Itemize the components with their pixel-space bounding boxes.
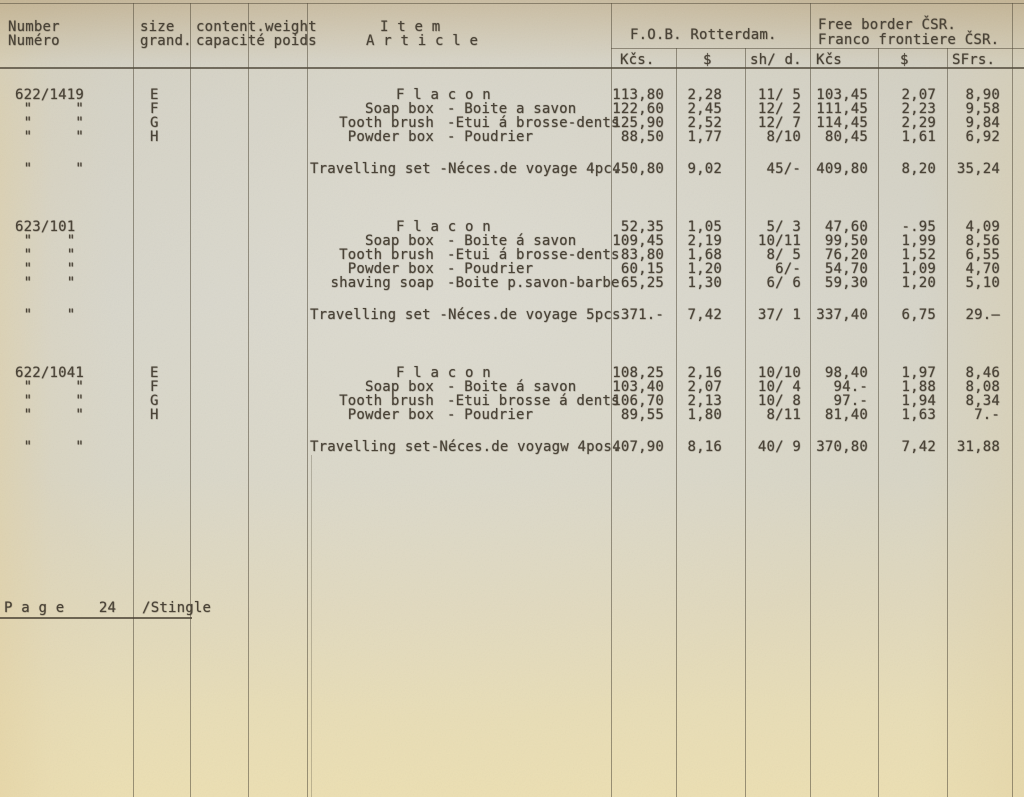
item-name-en: Soap box — [234, 102, 434, 116]
price-value: 9,58 — [800, 102, 1000, 116]
price-value: 8,90 — [800, 88, 1000, 102]
header-number-en: Number — [8, 20, 60, 34]
ditto-marks: " " — [15, 162, 84, 176]
grid-vline — [1012, 3, 1013, 797]
grid-vline — [745, 48, 746, 797]
size-code: H — [150, 130, 159, 144]
price-value: 4,09 — [800, 220, 1000, 234]
subheader-usd-free: $ — [900, 53, 909, 67]
total-price-value: 29.— — [800, 308, 1000, 322]
grid-fob-underline — [611, 48, 1024, 49]
item-name-en: Tooth brush — [234, 116, 434, 130]
price-value: 5,10 — [800, 276, 1000, 290]
header-content-weight-en: content.weight — [196, 20, 317, 34]
price-value: 6,92 — [800, 130, 1000, 144]
subheader-kcs-free: Kčs — [816, 53, 842, 67]
price-value: 6,55 — [800, 248, 1000, 262]
article-number: 622/1419 — [15, 88, 84, 102]
scanned-price-list-page: Number Numéro size grand. content.weight… — [0, 0, 1024, 797]
grid-top-line — [0, 3, 1024, 4]
subheader-shd-fob: sh/ d. — [750, 53, 802, 67]
item-name-en: Tooth brush — [234, 394, 434, 408]
item-name-en: shaving soap — [234, 276, 434, 290]
ditto-marks: " " — [15, 234, 75, 248]
ditto-marks: " " — [15, 102, 84, 116]
item-name-en: Powder box — [234, 130, 434, 144]
header-size-fr: grand. — [140, 34, 192, 48]
ditto-marks: " " — [15, 308, 75, 322]
ditto-marks: " " — [15, 276, 75, 290]
footer-underline — [0, 617, 192, 619]
price-value: 8,46 — [800, 366, 1000, 380]
item-name-en: Tooth brush — [234, 248, 434, 262]
ditto-marks: " " — [15, 440, 84, 454]
size-code: E — [150, 366, 159, 380]
ditto-marks: " " — [15, 130, 84, 144]
ditto-marks: " " — [15, 262, 75, 276]
article-number: 622/1041 — [15, 366, 84, 380]
grid-vline — [311, 455, 312, 797]
price-value: 9,84 — [800, 116, 1000, 130]
item-name-en: Powder box — [234, 408, 434, 422]
price-value: 8,34 — [800, 394, 1000, 408]
grid-vline — [878, 48, 879, 797]
price-value: 4,70 — [800, 262, 1000, 276]
ditto-marks: " " — [15, 116, 84, 130]
ditto-marks: " " — [15, 380, 84, 394]
article-number: 623/101 — [15, 220, 75, 234]
grid-vline — [947, 48, 948, 797]
header-item-en: I t e m — [380, 20, 440, 34]
price-value: 7.- — [800, 408, 1000, 422]
ditto-marks: " " — [15, 408, 84, 422]
ditto-marks: " " — [15, 394, 84, 408]
header-item-fr: A r t i c l e — [366, 34, 478, 48]
price-value: 8,08 — [800, 380, 1000, 394]
header-free-border-fr: Franco frontiere ČSR. — [818, 33, 999, 47]
size-code: H — [150, 408, 159, 422]
subheader-kcs-fob: Kčs. — [620, 53, 655, 67]
header-number-fr: Numéro — [8, 34, 60, 48]
page-number-label: P a g e 24 /Stingle — [4, 601, 211, 615]
grid-header-underline — [0, 67, 1024, 69]
item-name-en: Soap box — [234, 380, 434, 394]
item-name-en: Powder box — [234, 262, 434, 276]
grid-vline — [676, 48, 677, 797]
header-content-weight-fr: capacité poids — [196, 34, 317, 48]
total-price-value: 31,88 — [800, 440, 1000, 454]
subheader-usd-fob: $ — [703, 53, 712, 67]
grid-vline — [190, 3, 191, 797]
subheader-sfrs-free: SFrs. — [952, 53, 995, 67]
size-code: G — [150, 116, 159, 130]
size-code: F — [150, 380, 159, 394]
item-name-en: Soap box — [234, 234, 434, 248]
header-size-en: size — [140, 20, 175, 34]
header-fob-title: F.O.B. Rotterdam. — [630, 28, 777, 42]
total-price-value: 35,24 — [800, 162, 1000, 176]
ditto-marks: " " — [15, 248, 75, 262]
size-code: F — [150, 102, 159, 116]
grid-vline — [133, 3, 134, 797]
price-value: 8,56 — [800, 234, 1000, 248]
size-code: G — [150, 394, 159, 408]
header-free-border-en: Free border ČSR. — [818, 18, 956, 32]
size-code: E — [150, 88, 159, 102]
